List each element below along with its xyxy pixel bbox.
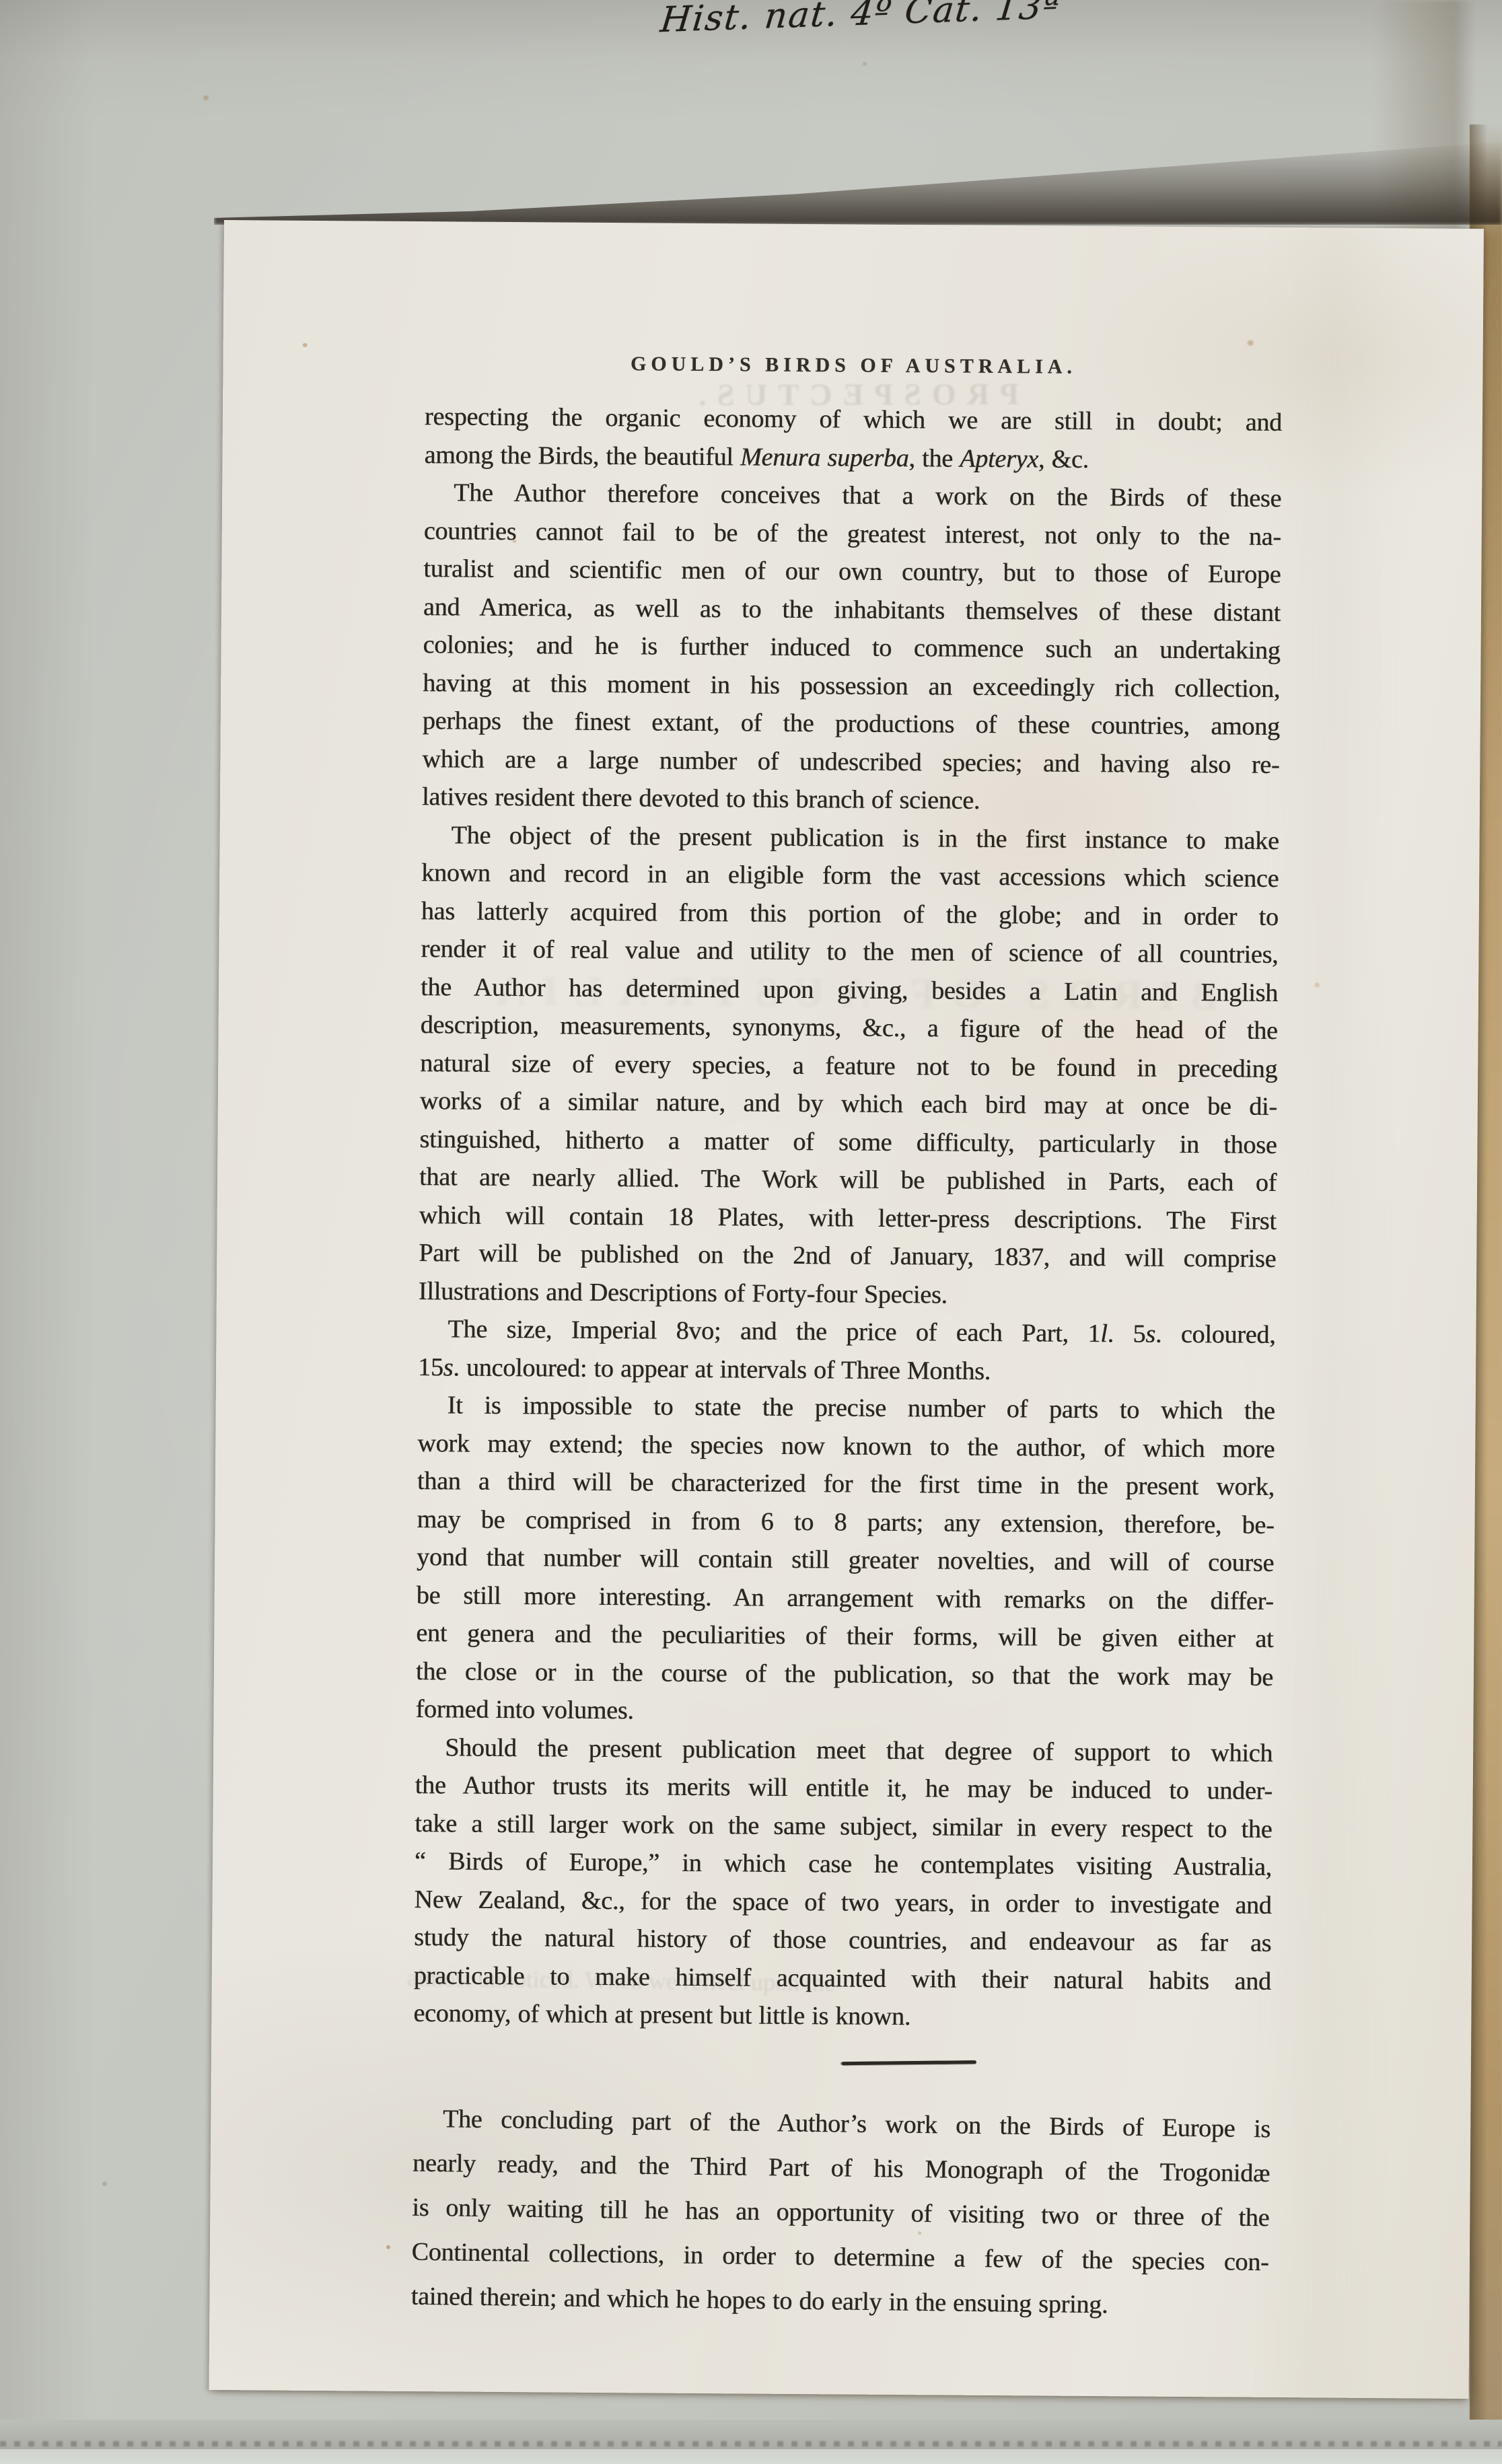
text-line: It is impossible to state the precise nu… xyxy=(418,1386,1275,1430)
text-line: has latterly acquired from this portion … xyxy=(421,892,1279,936)
page-header: GOULD’S BIRDS OF AUSTRALIA. xyxy=(425,351,1282,380)
lower-page-strip xyxy=(0,2449,1502,2464)
text-line: that are nearly allied. The Work will be… xyxy=(419,1158,1277,1202)
text-line: works of a similar nature, and by which … xyxy=(420,1082,1277,1126)
text-line: Should the present publication meet that… xyxy=(415,1729,1273,1772)
text-line: the Author trusts its merits will entitl… xyxy=(415,1766,1273,1810)
text-line: and America, as well as to the inhabitan… xyxy=(423,588,1281,632)
prospectus-leaf: PROSPECTUS. BIRDS OF AUSTRALIA almost un… xyxy=(209,220,1483,2399)
text-line: description, measurements, synonyms, &c.… xyxy=(420,1006,1277,1050)
text-block: respecting the organic economy of which … xyxy=(413,398,1282,2038)
text-line: ent genera and the peculiarities of thei… xyxy=(416,1614,1273,1658)
text-line: Illustrations and Descriptions of Forty-… xyxy=(419,1272,1276,1316)
foxing-speck xyxy=(386,2245,390,2249)
text-line: among the Birds, the beautiful Menura su… xyxy=(424,436,1281,480)
text-line: having at this moment in his possession … xyxy=(423,664,1280,708)
text-line: latives resident there devoted to this b… xyxy=(422,778,1279,822)
text-line: perhaps the finest extant, of the produc… xyxy=(423,702,1280,746)
text-line: render it of real value and utility to t… xyxy=(421,930,1278,974)
text-line: stinguished, hitherto a matter of some d… xyxy=(419,1120,1277,1164)
foxing-speck xyxy=(1248,340,1254,346)
text-line: The size, Imperial 8vo; and the price of… xyxy=(418,1310,1275,1354)
final-paragraph-block: The concluding part of the Author’s work… xyxy=(410,2097,1271,2329)
text-line: economy, of which at present but little … xyxy=(413,1994,1271,2038)
text-line: than a third will be characterized for t… xyxy=(417,1462,1275,1506)
text-line: may be comprised in from 6 to 8 parts; a… xyxy=(417,1500,1274,1544)
page-bottom-edge-texture xyxy=(0,2441,1502,2447)
text-line: formed into volumes. xyxy=(415,1690,1273,1734)
text-line: be still more interesting. An arrangemen… xyxy=(417,1577,1274,1620)
text-line: colonies; and he is further induced to c… xyxy=(423,626,1280,669)
text-line: Part will be published on the 2nd of Jan… xyxy=(419,1234,1276,1278)
text-line: known and record in an eligible form the… xyxy=(421,854,1279,898)
text-line: respecting the organic economy of which … xyxy=(425,398,1282,441)
text-line: countries cannot fail to be of the great… xyxy=(424,512,1281,556)
text-line: the close or in the course of the public… xyxy=(416,1653,1273,1696)
text-line: “ Birds of Europe,” in which case he con… xyxy=(415,1842,1272,1886)
text-line: yond that number will contain still grea… xyxy=(417,1538,1274,1582)
text-line: practicable to make himself acquainted w… xyxy=(414,1957,1271,2000)
text-line: The Author therefore conceives that a wo… xyxy=(424,474,1281,517)
text-line: study the natural history of those count… xyxy=(414,1918,1271,1962)
text-line: New Zealand, &c., for the space of two y… xyxy=(414,1881,1271,1924)
text-line: The object of the present publication is… xyxy=(421,816,1279,860)
text-line: the Author has determined upon giving, b… xyxy=(421,968,1278,1012)
text-line: take a still larger work on the same sub… xyxy=(415,1805,1272,1848)
foxing-speck xyxy=(303,343,308,347)
text-line: 15s. uncoloured: to appear at intervals … xyxy=(418,1348,1275,1392)
separator-rule xyxy=(842,2060,976,2065)
text-line: which are a large number of undescribed … xyxy=(422,740,1279,784)
text-line: turalist and scientific men of our own c… xyxy=(423,550,1281,593)
text-line: natural size of every species, a feature… xyxy=(420,1044,1277,1088)
text-line: work may extend; the species now known t… xyxy=(417,1424,1275,1468)
text-line: which will contain 18 Plates, with lette… xyxy=(419,1196,1276,1240)
